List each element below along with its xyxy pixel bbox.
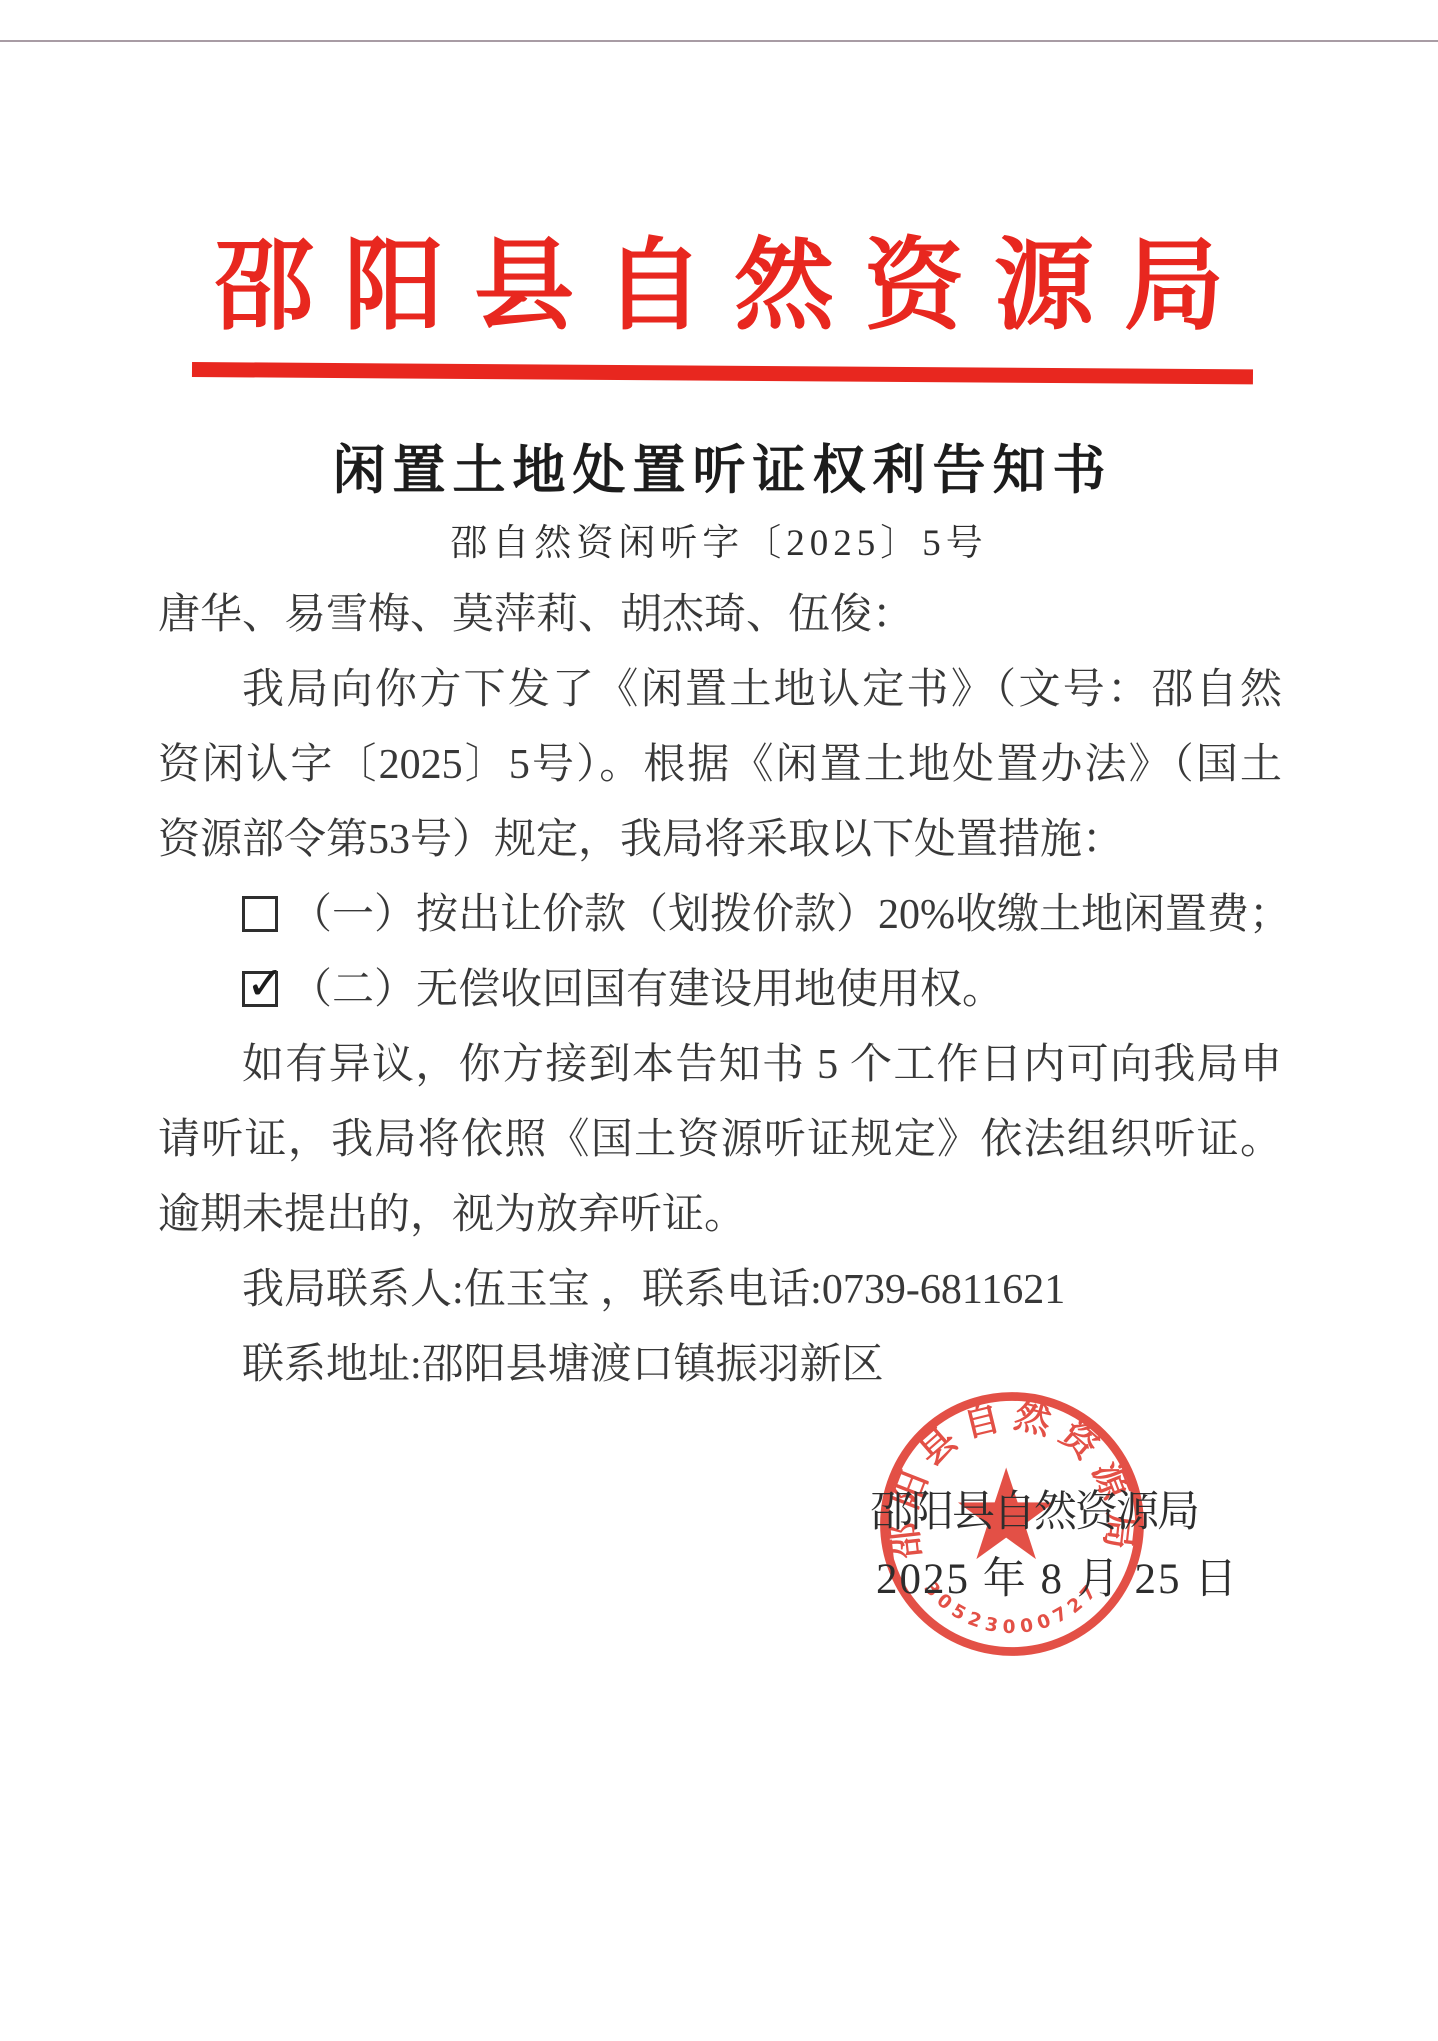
check-mark-icon: ✓ xyxy=(246,960,285,1006)
signature-date: 2025 年 8 月 25 日 xyxy=(876,1545,1239,1606)
checkbox-checked-icon: ✓ xyxy=(242,971,278,1007)
letterhead-divider-rule xyxy=(192,362,1253,384)
paragraph1-line3: 资源部令第53号）规定，我局将采取以下处置措施： xyxy=(158,803,1282,878)
document-reference-number: 邵自然资闲听字〔2025〕5号 xyxy=(0,512,1438,566)
scanned-official-document: 邵阳县自然资源局 闲置土地处置听证权利告知书 邵自然资闲听字〔2025〕5号 唐… xyxy=(0,0,1438,2041)
agency-letterhead: 邵阳县自然资源局 xyxy=(0,234,1438,339)
document-body: 唐华、易雪梅、莫萍莉、胡杰琦、伍俊： 我局向你方下发了《闲置土地认定书》（文号：… xyxy=(158,578,1282,1403)
paragraph2-line3: 逾期未提出的，视为放弃听证。 xyxy=(158,1178,1282,1253)
paragraph2-line2: 请听证，我局将依照《国土资源听证规定》依法组织听证。 xyxy=(158,1103,1282,1178)
paragraph1-line2: 资闲认字〔2025〕5号）。根据《闲置土地处置办法》（国土 xyxy=(158,728,1282,803)
scan-edge-line xyxy=(0,40,1438,42)
option-row-1: （一）按出让价款（划拨价款）20%收缴土地闲置费； xyxy=(158,878,1282,953)
contact-person-line: 我局联系人:伍玉宝 ，联系电话:0739-6811621 xyxy=(158,1253,1282,1328)
signature-agency-name: 邵阳县自然资源局 xyxy=(870,1478,1198,1539)
checkbox-unchecked-icon xyxy=(242,896,278,932)
paragraph1-line1: 我局向你方下发了《闲置土地认定书》（文号：邵自然 xyxy=(158,653,1282,728)
document-title: 闲置土地处置听证权利告知书 xyxy=(0,428,1438,504)
option-2-label: （二）无偿收回国有建设用地使用权。 xyxy=(290,967,1004,1013)
option-row-2: ✓（二）无偿收回国有建设用地使用权。 xyxy=(158,953,1282,1028)
paragraph2-line1: 如有异议，你方接到本告知书 5 个工作日内可向我局申 xyxy=(158,1028,1282,1103)
option-1-label: （一）按出让价款（划拨价款）20%收缴土地闲置费； xyxy=(290,892,1291,938)
addressees-line: 唐华、易雪梅、莫萍莉、胡杰琦、伍俊： xyxy=(158,578,1282,653)
